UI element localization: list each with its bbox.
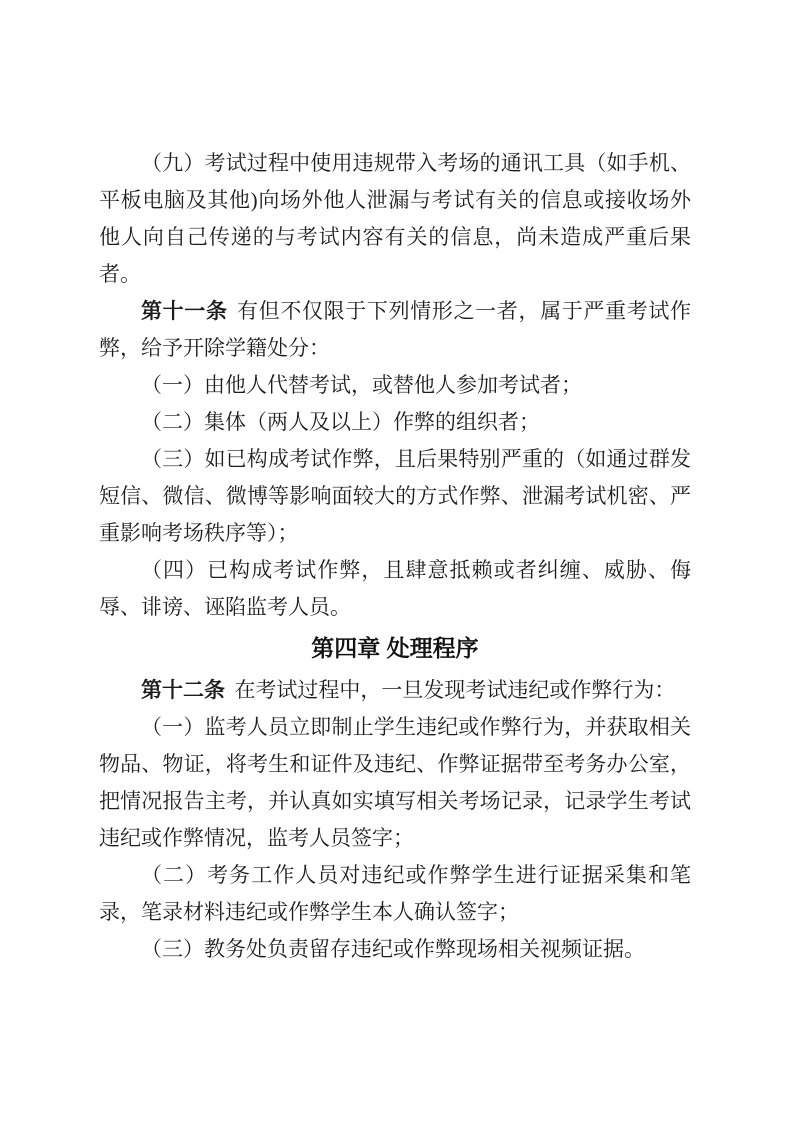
article-12-number: 第十二条 — [141, 678, 225, 702]
paragraph-procedure-2: （二）考务工作人员对违纪或作弊学生进行证据采集和笔录，笔录材料违纪或作弊学生本人… — [99, 857, 691, 931]
paragraph-item-4: （四）已构成考试作弊，且肆意抵赖或者纠缠、威胁、侮辱、诽谤、诬陷监考人员。 — [99, 552, 691, 626]
paragraph-item-2: （二）集体（两人及以上）作弊的组织者； — [99, 404, 691, 441]
paragraph-item-1: （一）由他人代替考试，或替他人参加考试者； — [99, 367, 691, 404]
document-content: （九）考试过程中使用违规带入考场的通讯工具（如手机、平板电脑及其他)向场外他人泄… — [99, 145, 691, 968]
paragraph-item-9: （九）考试过程中使用违规带入考场的通讯工具（如手机、平板电脑及其他)向场外他人泄… — [99, 145, 691, 293]
article-12-text: 在考试过程中，一旦发现考试违纪或作弊行为： — [234, 678, 675, 702]
article-11-number: 第十一条 — [141, 299, 228, 323]
chapter-heading: 第四章 处理程序 — [99, 630, 691, 667]
paragraph-procedure-3: （三）教务处负责留存违纪或作弊现场相关视频证据。 — [99, 931, 691, 968]
paragraph-procedure-1: （一）监考人员立即制止学生违纪或作弊行为，并获取相关物品、物证，将考生和证件及违… — [99, 709, 691, 857]
paragraph-article-12: 第十二条在考试过程中，一旦发现考试违纪或作弊行为： — [99, 672, 691, 709]
paragraph-article-11: 第十一条有但不仅限于下列情形之一者，属于严重考试作弊，给予开除学籍处分： — [99, 293, 691, 367]
document-page: （九）考试过程中使用违规带入考场的通讯工具（如手机、平板电脑及其他)向场外他人泄… — [0, 0, 794, 1122]
paragraph-item-3: （三）如已构成考试作弊，且后果特别严重的（如通过群发短信、微信、微博等影响面较大… — [99, 441, 691, 552]
